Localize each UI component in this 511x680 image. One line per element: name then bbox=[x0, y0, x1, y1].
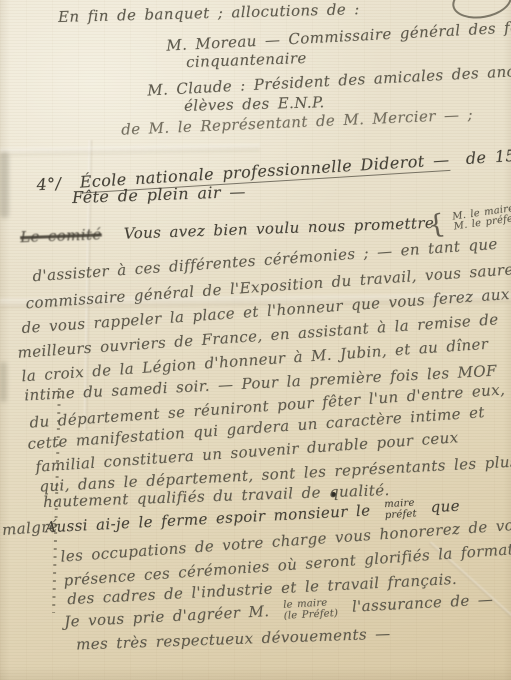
left-edge-smudge-mid bbox=[0, 362, 7, 402]
struck-out-word: Le comité bbox=[20, 225, 102, 246]
program-item-time: de 15h à 19heures bbox=[465, 139, 511, 168]
body-line-1: Le comité Vous avez bien voulu nous prom… bbox=[20, 214, 435, 246]
program-item-number: 4°/ bbox=[36, 174, 62, 194]
banquet-header-line: En fin de banquet ; allocutions de : bbox=[58, 0, 360, 26]
margin-addressee-note: {M. le maireM. le préfet bbox=[418, 198, 511, 242]
speaker-claude-line2: élèves des E.N.P. bbox=[184, 93, 325, 115]
closing-line-1-end: l'assurance de — bbox=[351, 590, 493, 615]
alt-word-prefet: préfet bbox=[385, 509, 417, 521]
body-line-1-text: Vous avez bien voulu nous promettre bbox=[123, 214, 434, 243]
upper-left-crease bbox=[0, 144, 260, 157]
speaker-moreau-line2: cinquantenaire bbox=[186, 49, 307, 71]
closing-alt-prefet: (le Préfet) bbox=[284, 608, 339, 621]
margin-brace: { bbox=[426, 209, 447, 241]
handwritten-letter-page: En fin de banquet ; allocutions de : M. … bbox=[0, 0, 511, 680]
left-edge-smudge-top bbox=[0, 152, 9, 218]
body-line-13-end: que bbox=[430, 497, 460, 517]
